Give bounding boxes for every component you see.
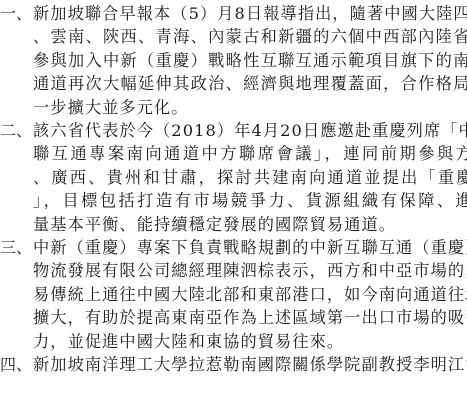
text-line: 參與加入中新（重慶）戰略性互聯互通示範項目旗下的南向	[33, 49, 467, 72]
text-line: 新加坡南洋理工大學拉惹勒南國際關係學院副教授李明江肯	[33, 353, 467, 376]
text-line: 、雲南、陝西、青海、內蒙古和新疆的六個中西部內陸省份	[33, 25, 467, 48]
item-marker: 四、	[0, 353, 33, 376]
text-line: 力，並促進中國大陸和東協的貿易往來。	[33, 330, 467, 353]
list-item-4: 四、 新加坡南洋理工大學拉惹勒南國際關係學院副教授李明江肯	[0, 353, 462, 376]
text-line: 通道再次大幅延伸其政治、經濟與地理覆蓋面，合作格局進	[33, 72, 467, 95]
text-line: 擴大，有助於提高東南亞作為上述區域第一出口市場的吸引	[33, 306, 467, 329]
paragraph-text: 中新（重慶）專案下負責戰略規劃的中新互聯互通（重慶） 物流發展有限公司總經理陳泗…	[33, 236, 467, 353]
paragraph-text: 新加坡南洋理工大學拉惹勒南國際關係學院副教授李明江肯	[33, 353, 467, 376]
item-marker: 一、	[0, 2, 33, 25]
text-line: 」，目標包括打造有市場競爭力、貨源組織有保障、進出貨	[33, 189, 467, 212]
text-line: 該六省代表於今（2018）年4月20日應邀赴重慶列席「中新互	[33, 119, 467, 142]
text-line: 、廣西、貴州和甘肅，探討共建南向通道並提出「重慶倡議	[33, 166, 467, 189]
text-line: 易傳統上通往中國大陸北部和東部港口，如今南向通道往北	[33, 283, 467, 306]
text-line: 新加坡聯合早報本（5）月8日報導指出，隨著中國大陸四川	[33, 2, 467, 25]
paragraph-text: 該六省代表於今（2018）年4月20日應邀赴重慶列席「中新互 聯互通專案南向通道…	[33, 119, 467, 236]
list-item-3: 三、 中新（重慶）專案下負責戰略規劃的中新互聯互通（重慶） 物流發展有限公司總經…	[0, 236, 462, 353]
list-item-2: 二、 該六省代表於今（2018）年4月20日應邀赴重慶列席「中新互 聯互通專案南…	[0, 119, 462, 236]
text-line: 中新（重慶）專案下負責戰略規劃的中新互聯互通（重慶）	[33, 236, 467, 259]
text-line: 聯互通專案南向通道中方聯席會議」，連同前期參與方重慶	[33, 142, 467, 165]
document-body: 一、 新加坡聯合早報本（5）月8日報導指出，隨著中國大陸四川 、雲南、陝西、青海…	[0, 2, 462, 377]
list-item-1: 一、 新加坡聯合早報本（5）月8日報導指出，隨著中國大陸四川 、雲南、陝西、青海…	[0, 2, 462, 119]
paragraph-text: 新加坡聯合早報本（5）月8日報導指出，隨著中國大陸四川 、雲南、陝西、青海、內蒙…	[33, 2, 467, 119]
item-marker: 三、	[0, 236, 33, 259]
item-marker: 二、	[0, 119, 33, 142]
text-line: 一步擴大並多元化。	[33, 96, 467, 119]
text-line: 量基本平衡、能持續穩定發展的國際貿易通道。	[33, 213, 467, 236]
text-line: 物流發展有限公司總經理陳泗棕表示，西方和中亞市場的貿	[33, 259, 467, 282]
